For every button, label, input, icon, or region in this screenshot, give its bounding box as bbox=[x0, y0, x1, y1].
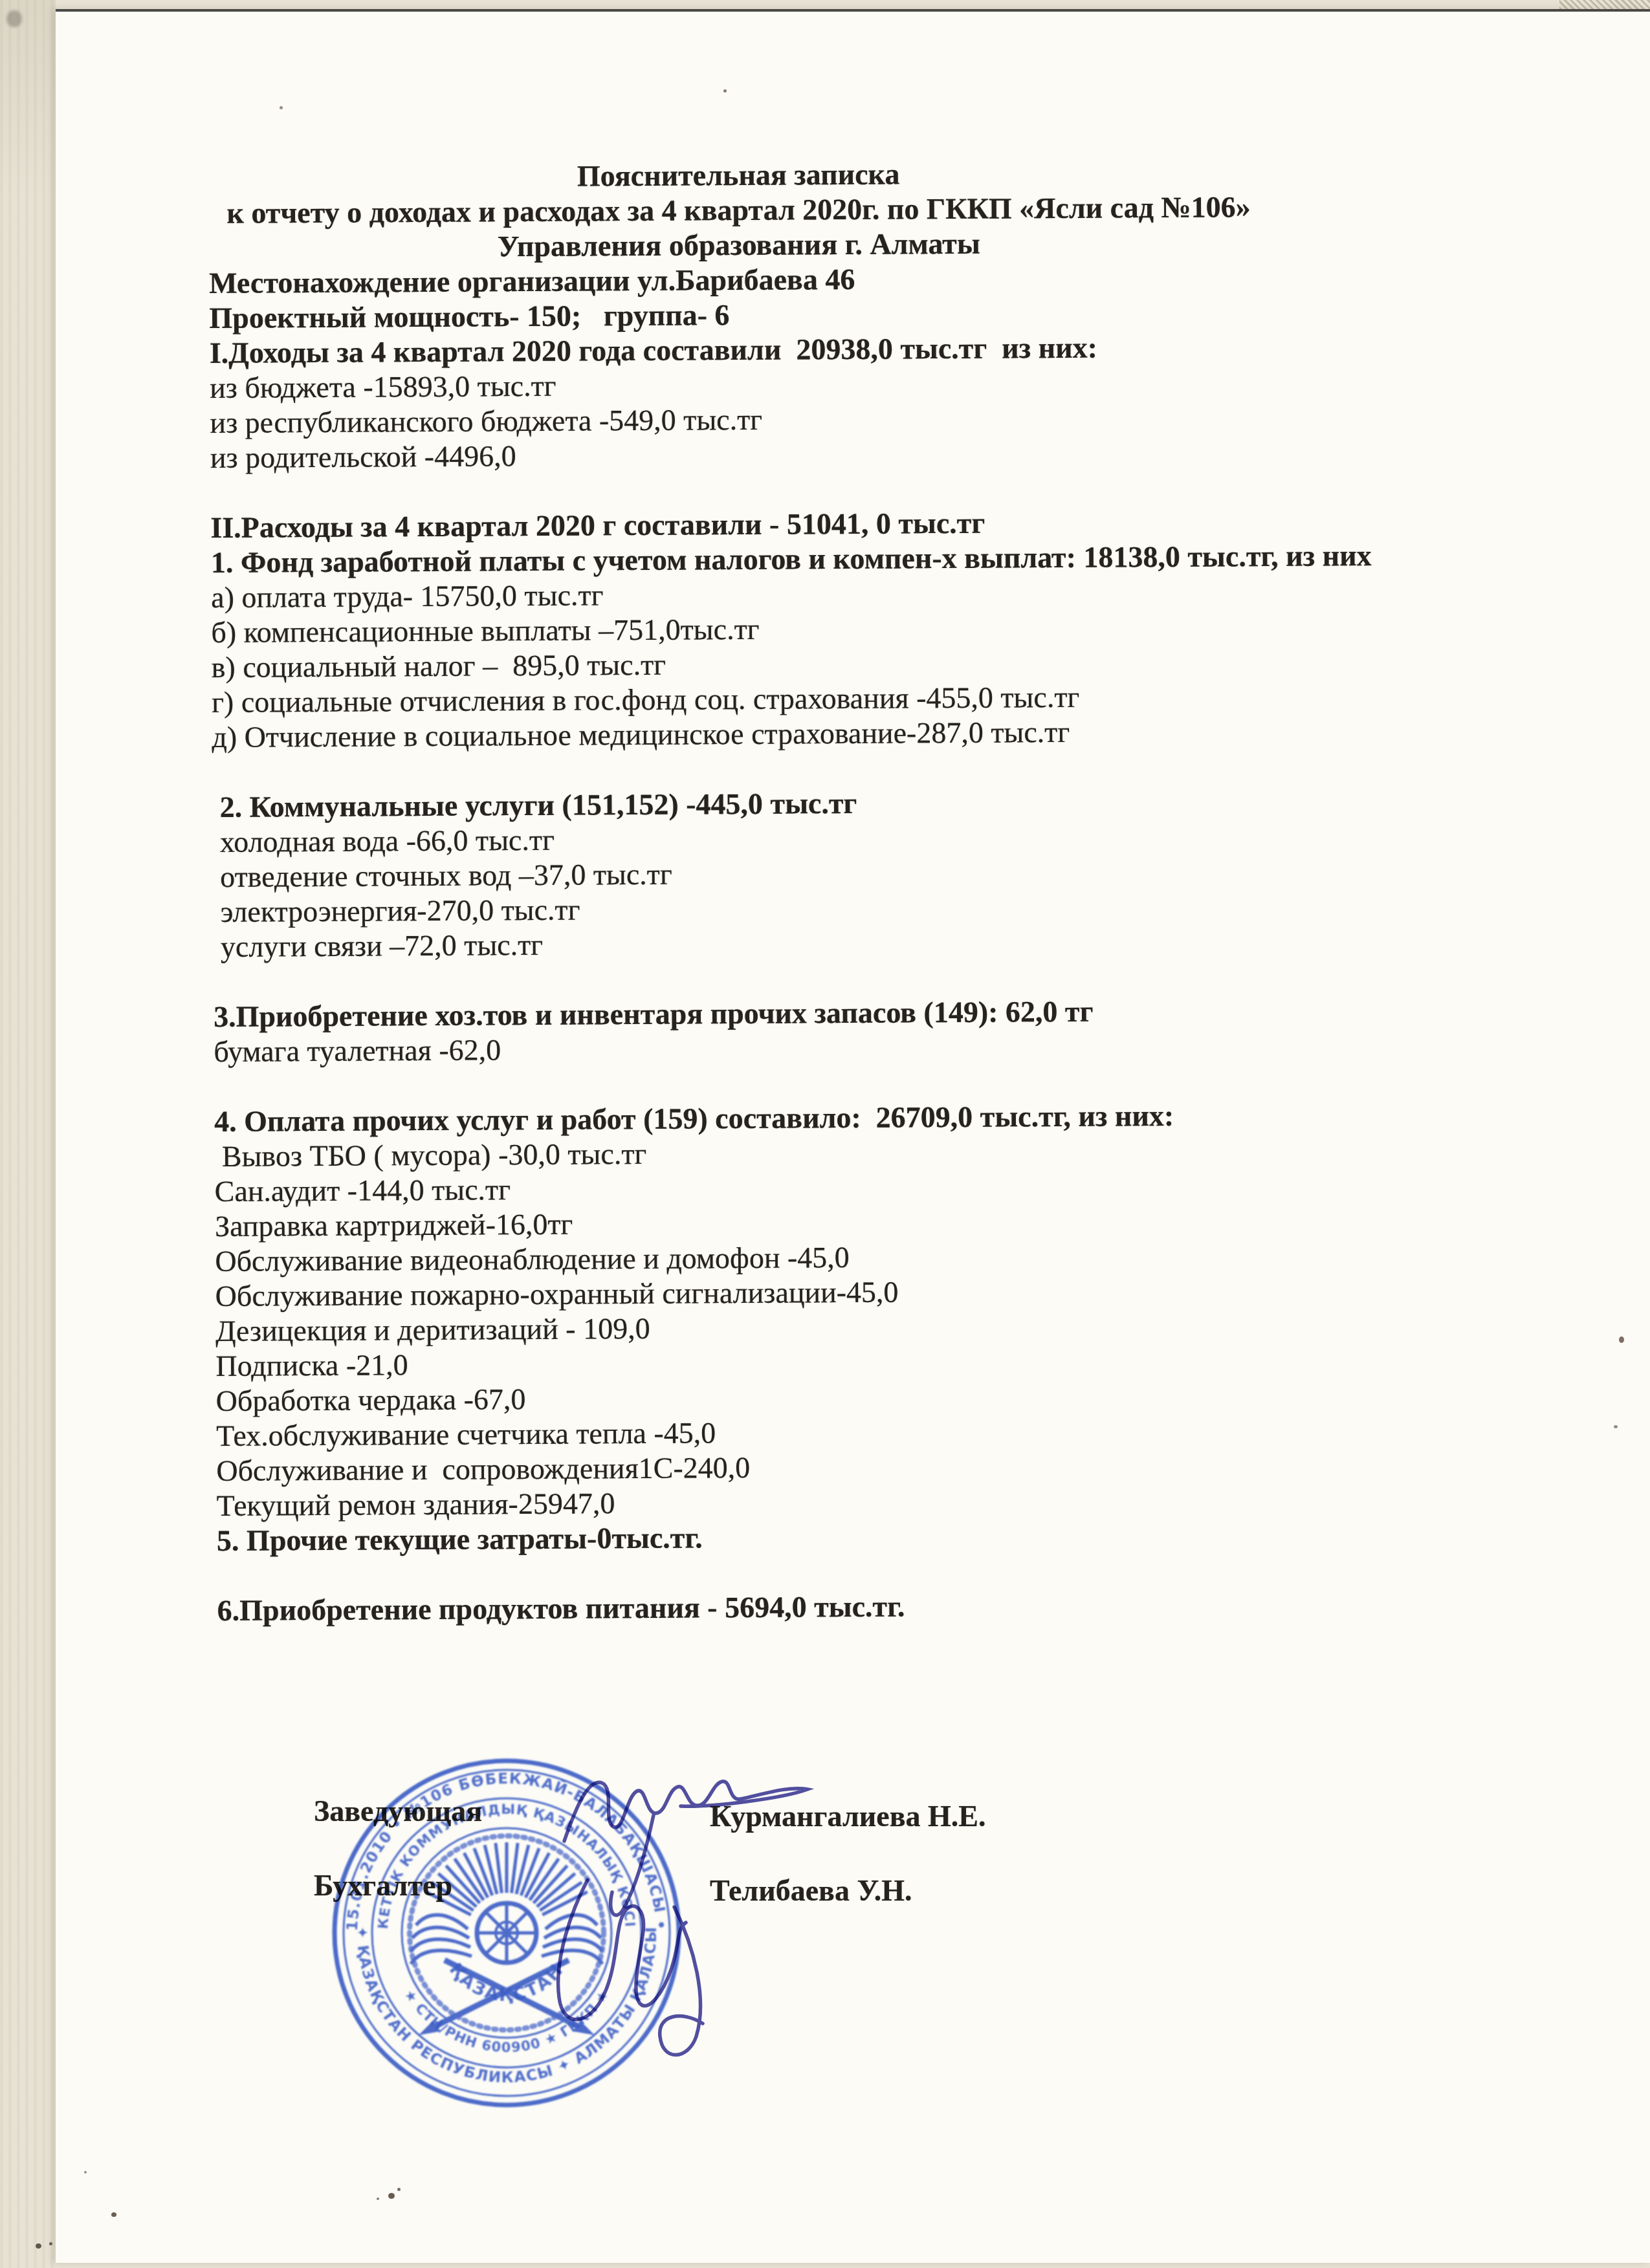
scan-speckle bbox=[49, 2242, 52, 2245]
scan-speckle bbox=[1614, 1425, 1618, 1428]
signature-ink-director bbox=[564, 1782, 808, 1841]
document-line: услуги связи –72,0 тыс.тг bbox=[213, 922, 1374, 965]
scan-speckle bbox=[280, 106, 283, 109]
title-line: Управления образования г. Алматы bbox=[209, 224, 1269, 266]
scan-speckle bbox=[6, 10, 22, 27]
scan-speckle bbox=[388, 2193, 395, 2199]
document-line: 1. Фонд заработной платы с учетом налого… bbox=[211, 538, 1372, 580]
scan-speckle bbox=[36, 2243, 41, 2249]
scanner-margin bbox=[0, 0, 56, 2268]
document-line: из родительской -4496,0 bbox=[210, 433, 1371, 475]
document-text-block: Пояснительная записка к отчету о доходах… bbox=[208, 154, 1378, 1628]
document-line: бумага туалетная -62,0 bbox=[214, 1027, 1374, 1069]
scan-corner-noise bbox=[1559, 0, 1650, 9]
document-line: д) Отчисление в социальное медицинское с… bbox=[212, 713, 1372, 755]
scan-speckle bbox=[723, 89, 727, 93]
title-line: к отчету о доходах и расходах за 4 кварт… bbox=[208, 190, 1268, 231]
document-body: Местонахождение организации ул.Барибаева… bbox=[209, 259, 1378, 1628]
scan-speckle bbox=[111, 2212, 116, 2217]
scan-speckle bbox=[377, 2197, 379, 2200]
scan-speckle bbox=[84, 2171, 87, 2174]
document-line: 6.Приобретение продуктов питания - 5694,… bbox=[217, 1586, 1378, 1628]
signature-ink-accountant bbox=[558, 1880, 686, 2020]
scan-speckle bbox=[1619, 1336, 1624, 1343]
scan-speckle bbox=[397, 2188, 401, 2191]
title-line: Пояснительная записка bbox=[208, 155, 1268, 196]
document-line: 5. Прочие текущие затраты-0тыс.тг. bbox=[217, 1516, 1378, 1558]
handwritten-signatures bbox=[453, 1740, 880, 2102]
document-title: Пояснительная записка к отчету о доходах… bbox=[208, 155, 1269, 266]
